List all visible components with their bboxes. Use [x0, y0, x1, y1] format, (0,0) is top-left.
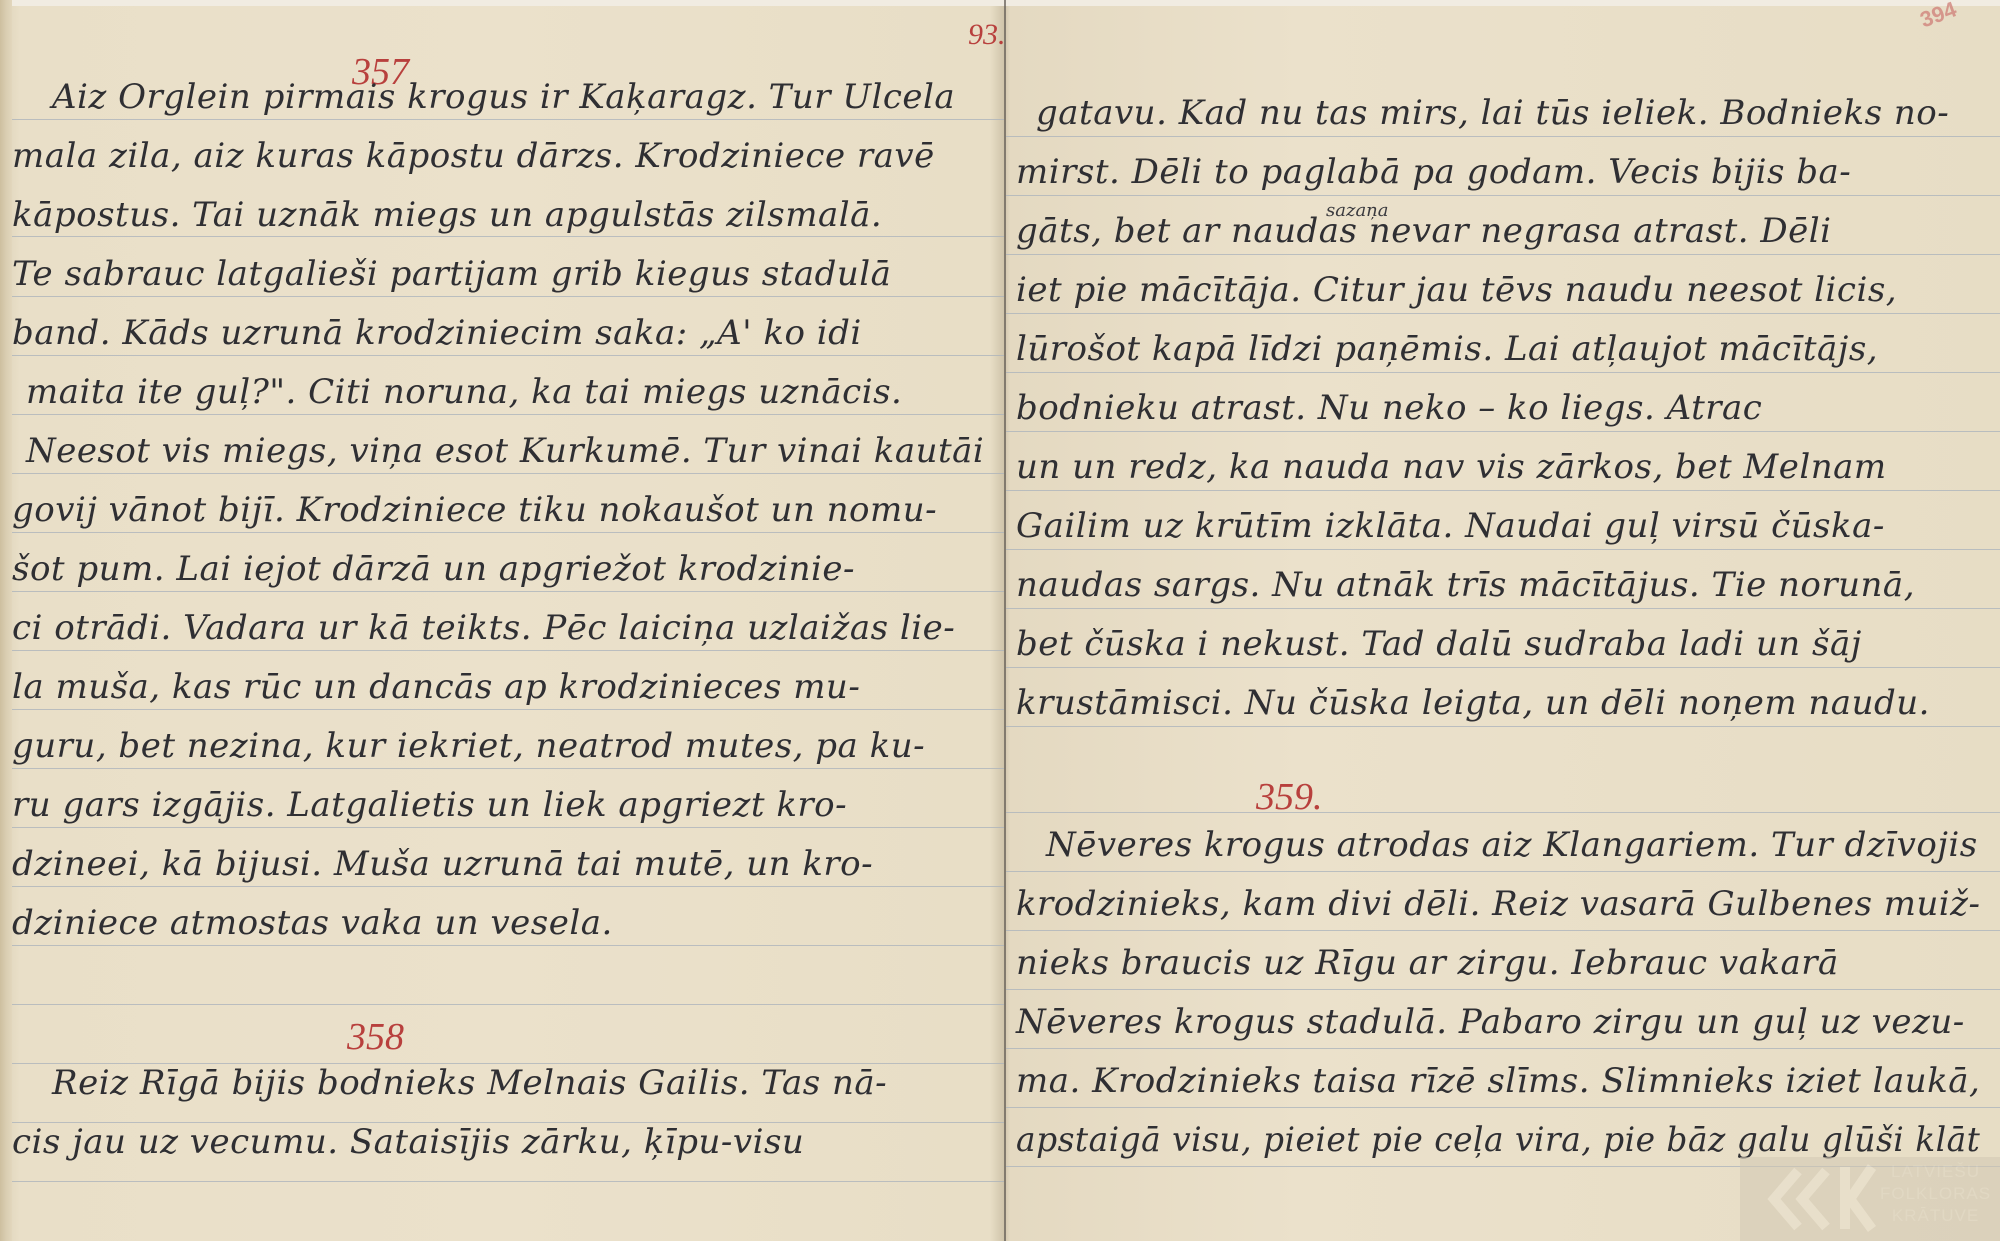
- ruled-line: [1006, 1107, 2000, 1108]
- text-line: Neesot vis miegs, viņa esot Kurkumē. Tur…: [26, 426, 1004, 476]
- text-line: nieks braucis uz Rīgu ar zirgu. Iebrauc …: [1016, 938, 2000, 988]
- ruled-line: [1006, 930, 2000, 931]
- text-line: Te sabrauc latgalieši partijam grib kieg…: [12, 249, 1004, 299]
- text-line: ru gars izgājis. Latgalietis un liek apg…: [12, 780, 1004, 830]
- text-line: naudas sargs. Nu atnāk trīs mācītājus. T…: [1016, 560, 2000, 610]
- text-line: bodnieku atrast. Nu neko – ko liegs. Atr…: [1016, 383, 2000, 433]
- text-line: band. Kāds uzrunā krodziniecim saka: „A'…: [12, 308, 1004, 358]
- entry-number: 358: [347, 1015, 404, 1059]
- text-line: gatavu. Kad nu tas mirs, lai tūs ieliek.…: [1036, 88, 2000, 138]
- text-line: krustāmisci. Nu čūska leigta, un dēli no…: [1016, 678, 2000, 728]
- text-line: Reiz Rīgā bijis bodnieks Melnais Gailis.…: [52, 1058, 1004, 1108]
- text-line: cis jau uz vecumu. Sataisījis zārku, ķīp…: [12, 1117, 1004, 1167]
- text-line: guru, bet nezina, kur iekriet, neatrod m…: [12, 721, 1004, 771]
- watermark-text: LATVIEŠU FOLKLORAS KRĀTUVE: [1880, 1161, 1991, 1227]
- text-line: Gailim uz krūtīm izklāta. Naudai guļ vir…: [1016, 501, 2000, 551]
- text-line: ci otrādi. Vadara ur kā teikts. Pēc laic…: [12, 603, 1004, 653]
- text-line: Aiz Orglein pirmais krogus ir Kaķaragz. …: [52, 72, 1004, 122]
- ruled-line: [12, 1181, 1004, 1182]
- text-line: dzineei, kā bijusi. Muša uzrunā tai mutē…: [12, 839, 1004, 889]
- text-line: maita ite guļ?". Citi noruna, ka tai mie…: [26, 367, 1004, 417]
- page-edge: [0, 0, 12, 1241]
- text-line: Nēveres krogus stadulā. Pabaro zirgu un …: [1016, 997, 2000, 1047]
- folio-number: 93.: [968, 18, 1006, 52]
- text-line: mirst. Dēli to paglabā pa godam. Vecis b…: [1016, 147, 2000, 197]
- text-line: govij vānot bijī. Krodziniece tiku nokau…: [12, 485, 1004, 535]
- ruled-line: [1006, 871, 2000, 872]
- lfk-logo-icon: [1740, 1157, 1880, 1241]
- text-line: iet pie mācītāja. Citur jau tēvs naudu n…: [1016, 265, 2000, 315]
- text-line: šot pum. Lai iejot dārzā un apgriežot kr…: [12, 544, 1004, 594]
- entry-number: 359.: [1256, 775, 1323, 819]
- text-line: mala zila, aiz kuras kāpostu dārzs. Krod…: [12, 131, 1004, 181]
- text-line: Nēveres krogus atrodas aiz Klangariem. T…: [1046, 820, 2000, 870]
- ruled-line: [1006, 812, 2000, 813]
- text-line: krodzinieks, kam divi dēli. Reiz vasarā …: [1016, 879, 2000, 929]
- manuscript-spread: 357 Aiz Orglein pirmais krogus ir Kaķara…: [0, 0, 2000, 1241]
- text-line: dziniece atmostas vaka un vesela.: [12, 898, 1004, 948]
- ruled-line: [12, 1004, 1004, 1005]
- text-line: ma. Krodzinieks taisa rīzē slīms. Slimni…: [1016, 1056, 2000, 1106]
- text-line: gāts, bet ar naudas nevar negrasa atrast…: [1016, 206, 2000, 256]
- text-line: un un redz, ka nauda nav vis zārkos, bet…: [1016, 442, 2000, 492]
- lfk-watermark: LATVIEŠU FOLKLORAS KRĀTUVE: [1740, 1157, 2000, 1241]
- right-page: gatavu. Kad nu tas mirs, lai tūs ieliek.…: [1006, 0, 2000, 1241]
- text-line: bet čūska i nekust. Tad dalū sudraba lad…: [1016, 619, 2000, 669]
- text-line: la muša, kas rūc un dancās ap krodziniec…: [12, 662, 1004, 712]
- left-page: 357 Aiz Orglein pirmais krogus ir Kaķara…: [12, 0, 1004, 1241]
- text-line: lūrošot kapā līdzi paņēmis. Lai atļaujot…: [1016, 324, 2000, 374]
- ruled-line: [1006, 1048, 2000, 1049]
- ruled-line: [1006, 989, 2000, 990]
- text-line: kāpostus. Tai uznāk miegs un apgulstās z…: [12, 190, 1004, 240]
